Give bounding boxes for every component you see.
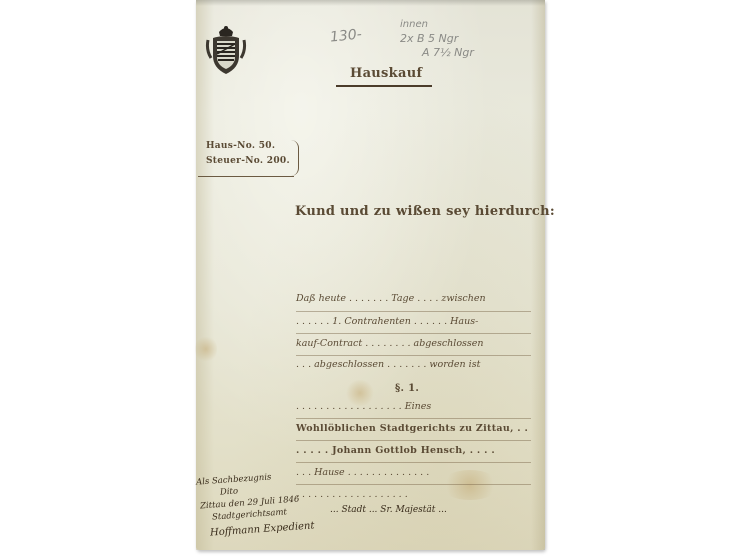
body-line: . . . . . . . . . . . . . . . . . . . bbox=[296, 489, 408, 500]
body-line: Daß heute . . . . . . . Tage . . . . zwi… bbox=[296, 293, 486, 304]
document-title: Hauskauf bbox=[350, 66, 422, 81]
body-line: . . . abgeschlossen . . . . . . . worden… bbox=[296, 359, 480, 370]
proclamation-heading: Kund und zu wißen sey hierdurch: bbox=[295, 204, 555, 219]
pencil-note: 2x B 5 Ngr bbox=[400, 32, 474, 46]
body-line: . . . . . Johann Gottlob Hensch, . . . . bbox=[296, 445, 495, 456]
signature-line: ... Stadt ... Sr. Majestät ... bbox=[330, 505, 447, 515]
coat-of-arms-seal-icon bbox=[205, 24, 247, 76]
section-mark: §. 1. bbox=[395, 383, 419, 394]
title-underline bbox=[336, 85, 432, 87]
body-line: . . . . . . 1. Contrahenten . . . . . . … bbox=[296, 316, 478, 327]
water-stain bbox=[195, 335, 217, 363]
pencil-note: innen bbox=[400, 18, 474, 32]
body-line: Wohllöblichen Stadtgerichts zu Zittau, .… bbox=[296, 423, 528, 434]
body-line: . . . Hause . . . . . . . . . . . . . . bbox=[296, 467, 429, 478]
ruled-line bbox=[296, 418, 531, 419]
ruled-line bbox=[296, 311, 531, 312]
ruled-line bbox=[296, 355, 531, 356]
body-line: kauf-Contract . . . . . . . . abgeschlos… bbox=[296, 338, 484, 349]
tax-number: Steuer-No. 200. bbox=[206, 156, 290, 166]
ruled-line bbox=[296, 333, 531, 334]
margin-annotation: Dito bbox=[220, 486, 239, 497]
scan-shadow bbox=[196, 0, 545, 6]
water-stain bbox=[440, 470, 500, 500]
catalog-number: 130- bbox=[329, 26, 362, 45]
body-line: . . . . . . . . . . . . . . . . . . Eine… bbox=[296, 401, 431, 412]
ruled-line bbox=[296, 462, 531, 463]
ruled-line bbox=[296, 484, 531, 485]
ruled-line bbox=[296, 440, 531, 441]
pencil-note: A 7½ Ngr bbox=[422, 46, 474, 60]
pencil-notes: innen 2x B 5 Ngr A 7½ Ngr bbox=[400, 18, 474, 60]
house-number: Haus-No. 50. bbox=[206, 141, 275, 151]
